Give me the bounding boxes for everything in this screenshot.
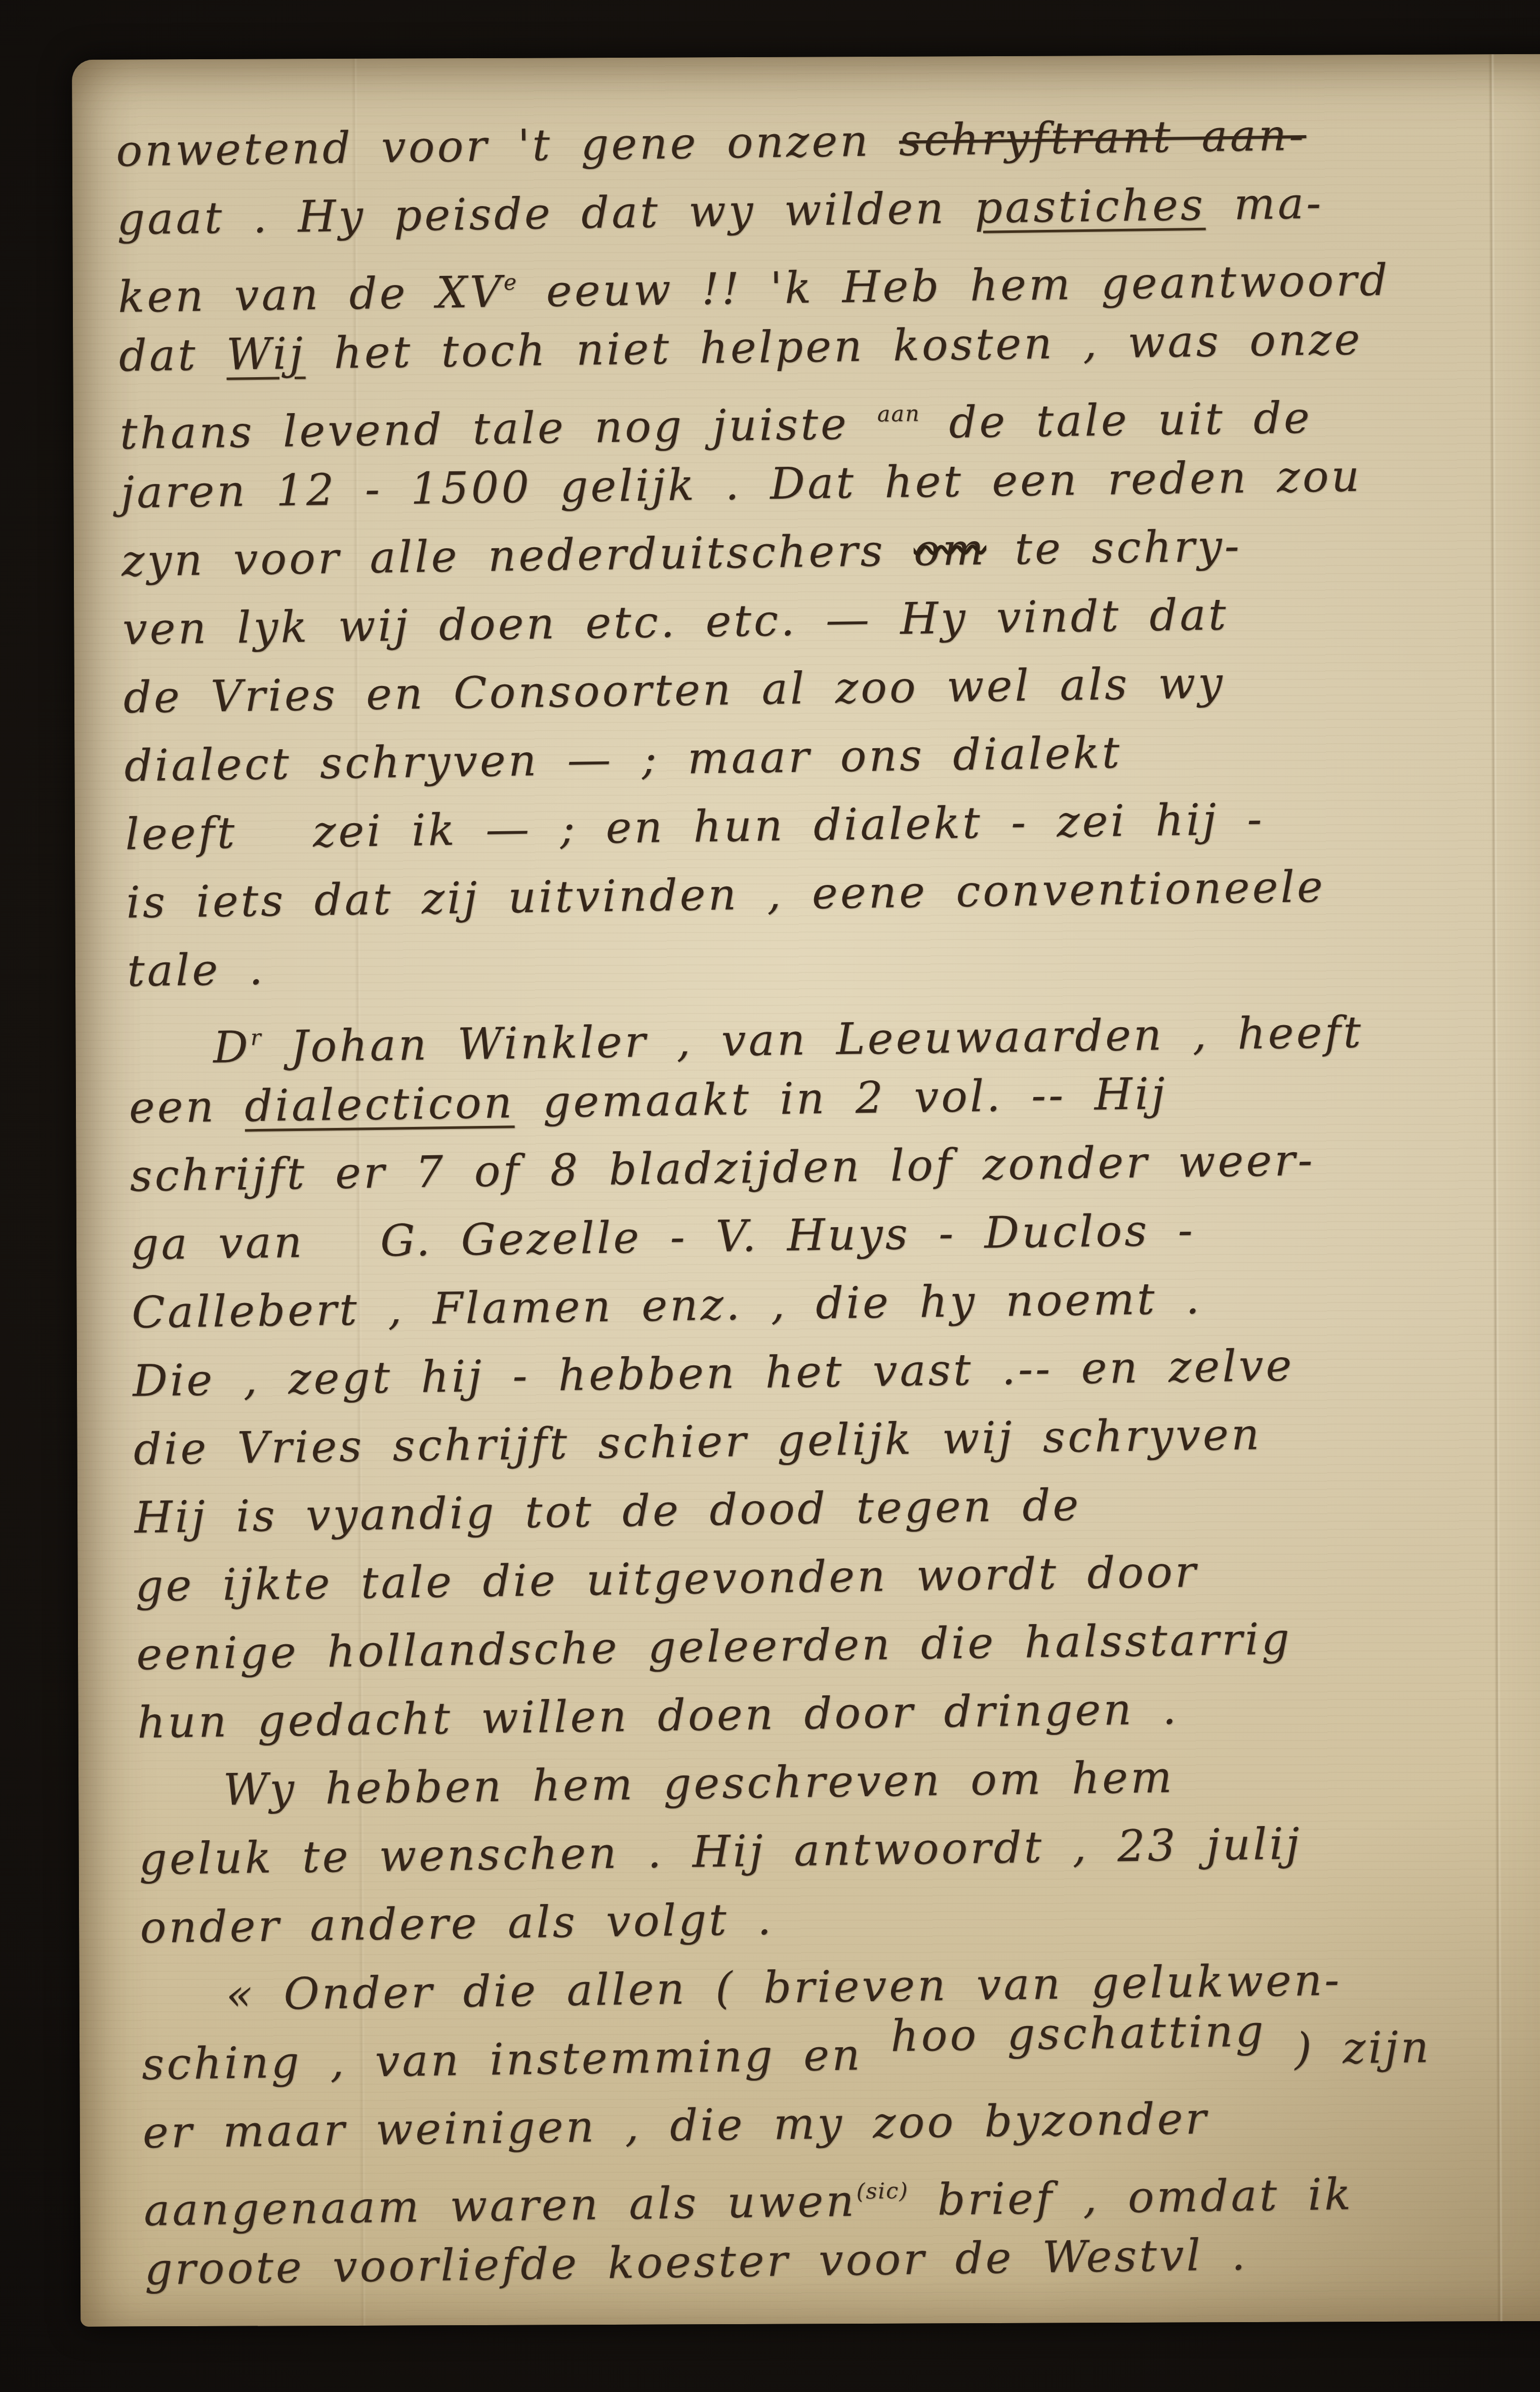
text-segment: [305, 1256, 381, 1257]
text-segment: Die , zegt hij - hebben het vast .-- en …: [132, 1341, 1294, 1407]
text-segment: aangenaam waren als uwen: [143, 2176, 857, 2236]
text-segment: Hij is vyandig tot de dood tegen de: [134, 1480, 1081, 1543]
text-segment: brief , omdat ik: [909, 2169, 1354, 2226]
photo-background: onwetend voor 't gene onzen schryftrant …: [0, 0, 1540, 2392]
text-segment: ga van: [131, 1217, 305, 1270]
text-segment: Wy hebben hem geschreven om hem: [223, 1752, 1174, 1815]
text-segment: aan: [877, 401, 920, 427]
text-segment: ven lyk wij doen etc. etc. — Hy vindt da…: [122, 589, 1229, 655]
text-segment: het toch niet helpen kosten , was onze: [305, 314, 1363, 379]
text-segment: dialect schryven — ; maar ons dialekt: [124, 727, 1122, 791]
text-segment: r: [251, 1025, 262, 1050]
text-segment: ma-: [1205, 178, 1324, 230]
text-segment: onwetend voor 't gene onzen: [116, 115, 900, 177]
text-segment: [237, 847, 313, 848]
text-segment: leeft: [125, 808, 237, 860]
text-segment: sching , van instemming en: [141, 2029, 891, 2090]
text-segment: dat: [118, 330, 227, 382]
text-segment: G. Gezelle - V. Huys - Duclos -: [380, 1205, 1196, 1267]
text-segment: eenige hollandsche geleerden die halssta…: [136, 1614, 1292, 1680]
text-segment: er maar weinigen , die my zoo byzonder: [142, 2093, 1209, 2158]
text-segment: de tale uit de: [920, 392, 1312, 448]
text-segment: te schry-: [986, 521, 1242, 575]
text-segment: tale .: [127, 944, 265, 997]
text-segment: e: [503, 270, 517, 295]
text-segment: de Vries en Consoorten al zoo wel als wy: [123, 658, 1225, 723]
text-segment: onder andere als volgt .: [140, 1894, 774, 1954]
text-segment: ken van de XV: [118, 267, 504, 322]
text-segment: schryftrant aan-: [899, 110, 1307, 166]
text-block: onwetend voor 't gene onzen schryftrant …: [115, 98, 1540, 2304]
text-segment: dialecticon: [245, 1077, 515, 1131]
text-segment: ) zijn: [1266, 2022, 1431, 2075]
text-segment: die Vries schrijft schier gelijk wij sch…: [133, 1409, 1262, 1475]
text-segment: Wij: [226, 329, 305, 380]
text-segment: een: [129, 1081, 245, 1133]
text-segment: om: [913, 524, 987, 576]
text-segment: Callebert , Flamen enz. , die hy noemt .: [132, 1273, 1202, 1338]
text-segment: gemaakt in 2 vol. -- Hij: [514, 1069, 1167, 1128]
text-segment: geluk te wenschen . Hij antwoordt , 23 j…: [139, 1818, 1302, 1885]
manuscript-page: onwetend voor 't gene onzen schryftrant …: [72, 54, 1540, 2327]
text-segment: schrijft er 7 of 8 bladzijden lof zonder…: [130, 1135, 1315, 1201]
text-segment: pastiches: [974, 180, 1205, 233]
text-segment: zei ik — ; en hun dialekt - zei hij -: [312, 794, 1265, 857]
text-segment: zyn voor alle nederduitschers: [121, 525, 914, 587]
text-segment: is iets dat zij uitvinden , eene convent…: [126, 862, 1326, 928]
text-segment: (sic): [856, 2178, 909, 2204]
text-segment: groote voorliefde koester voor de Westvl…: [144, 2229, 1248, 2295]
text-segment: D: [213, 1022, 251, 1073]
text-segment: gaat . Hy peisde dat wy wilden: [116, 183, 975, 245]
text-segment: hun gedacht willen doen door dringen .: [137, 1684, 1179, 1749]
text-segment: jaren 12 - 1500 gelijk . Dat het een red…: [120, 451, 1362, 518]
text-segment: hoo gschatting: [890, 2006, 1267, 2061]
text-segment: ge ijkte tale die uitgevonden wordt door: [135, 1547, 1199, 1611]
